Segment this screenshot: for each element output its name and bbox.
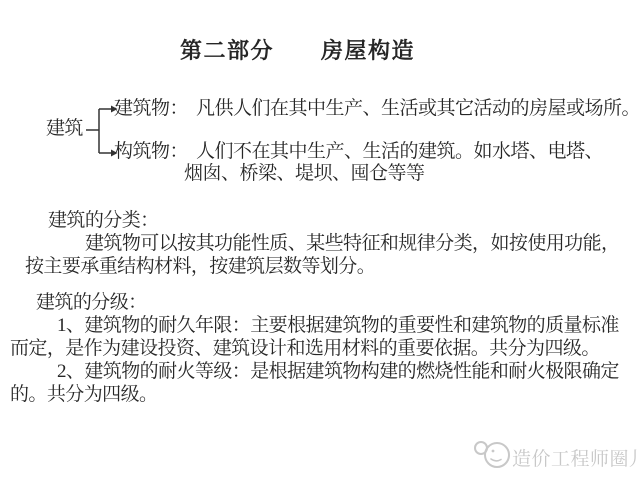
grading-line-1: 1、建筑物的耐久年限：主要根据建筑物的重要性和建筑物的质量标准 [57,315,619,337]
branch-buildings-text: 凡供人们在其中生产、生活或其它活动的房屋或场所。 [196,98,640,119]
branch-buildings: 建筑物：凡供人们在其中生产、生活或其它活动的房屋或场所。 [114,98,640,120]
mascot-logo-icon [472,436,510,470]
page-title: 第二部分 房屋构造 [180,38,415,64]
classification-line-2: 按主要承重结构材料，按建筑层数等划分。 [25,256,375,278]
branch-structures-text-line2: 烟囱、桥梁、堤坝、囤仓等等 [184,163,425,185]
branch-structures: 构筑物：人们不在其中生产、生活的建筑。如水塔、电塔、 [114,141,603,163]
diagram-root-label: 建筑 [46,118,83,140]
grading-heading: 建筑的分级： [36,292,147,314]
slide-page: 第二部分 房屋构造 建筑 建筑物：凡供人们在其中生产、生活或其它活动的房屋或场所… [0,0,640,480]
grading-line-4: 的。共分为四级。 [10,384,157,406]
bracket-arrows-icon [84,96,118,168]
grading-line-2: 而定，是作为建设投资、建筑设计和选用材料的重要依据。共分为四级。 [10,338,600,360]
grading-line-3: 2、建筑物的耐火等级：是根据建筑物构建的燃烧性能和耐火极限确定 [57,361,619,383]
branch-buildings-label: 建筑物： [114,98,188,119]
branch-structures-label: 构筑物： [114,141,188,162]
branch-structures-text: 人们不在其中生产、生活的建筑。如水塔、电塔、 [196,141,603,162]
classification-line-1: 建筑物可以按其功能性质、某些特征和规律分类，如按使用功能， [85,233,619,255]
watermark-text: 造价工程师圈儿 [512,444,640,471]
classification-heading: 建筑的分类： [48,210,159,232]
